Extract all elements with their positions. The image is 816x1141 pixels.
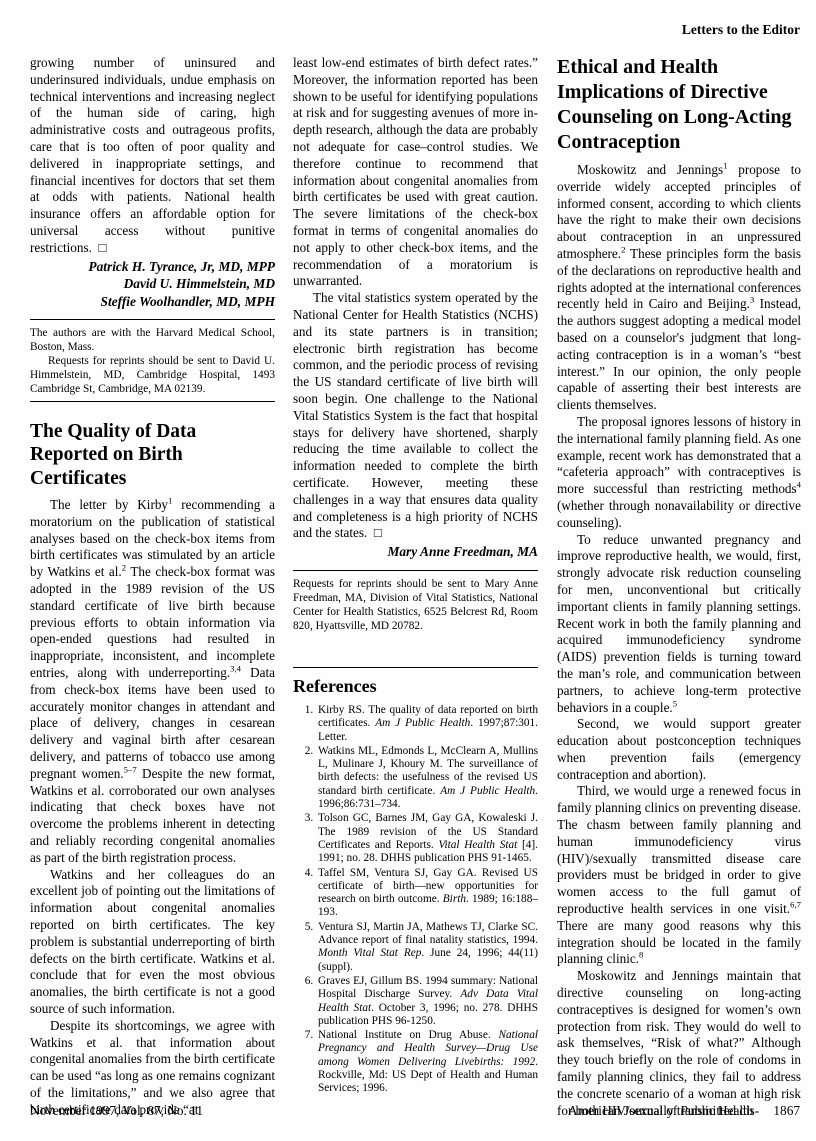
page-footer: November 1997, Vol. 87, No. 11 American … — [30, 1103, 800, 1119]
column-left: growing number of uninsured and underins… — [30, 55, 275, 1119]
column-right: Ethical and Health Implications of Direc… — [557, 55, 801, 1119]
letter3-paragraph: Third, we would urge a renewed focus in … — [557, 783, 801, 968]
column-center: least low-end estimates of birth defect … — [293, 55, 538, 1097]
signature-line: David U. Himmelstein, MD — [30, 275, 275, 293]
letter2-paragraph: Watkins and her colleagues do an excelle… — [30, 867, 275, 1018]
running-head: Letters to the Editor — [682, 22, 800, 38]
footer-issue-info: November 1997, Vol. 87, No. 11 — [30, 1103, 203, 1119]
letter2-signature-block: Mary Anne Freedman, MA — [293, 543, 538, 561]
reference-item: Ventura SJ, Martin JA, Mathews TJ, Clark… — [316, 921, 538, 974]
reference-item: Graves EJ, Gillum BS. 1994 summary: Nati… — [316, 975, 538, 1028]
journal-page: Letters to the Editor growing number of … — [0, 0, 816, 1141]
letter2-continuation-paragraph: least low-end estimates of birth defect … — [293, 55, 538, 290]
signature-line: Steffie Woolhandler, MD, MPH — [30, 293, 275, 311]
letter3-paragraph: Moskowitz and Jennings1 propose to overr… — [557, 162, 801, 414]
letter2-footnote: Requests for reprints should be sent to … — [293, 577, 538, 633]
letter2-paragraph: The vital statistics system operated by … — [293, 290, 538, 542]
column-gap — [293, 633, 538, 663]
references-title: References — [293, 676, 538, 697]
letter3-paragraph: The proposal ignores lessons of history … — [557, 414, 801, 532]
letter1-affiliation-note: The authors are with the Harvard Medical… — [30, 326, 275, 354]
letter3-paragraph: Moskowitz and Jennings maintain that dir… — [557, 968, 801, 1119]
reference-item: National Institute on Drug Abuse. Nation… — [316, 1029, 538, 1095]
letter1-signature-block: Patrick H. Tyrance, Jr, MD, MPP David U.… — [30, 258, 275, 311]
reference-item: Kirby RS. The quality of data reported o… — [316, 704, 538, 744]
letter1-reprint-note: Requests for reprints should be sent to … — [30, 354, 275, 396]
footer-journal-name: American Journal of Public Health — [568, 1103, 753, 1119]
letter2-reprint-note: Requests for reprints should be sent to … — [293, 577, 538, 633]
divider-rule — [30, 401, 275, 402]
letter1-footnote: The authors are with the Harvard Medical… — [30, 326, 275, 396]
reference-item: Taffel SM, Ventura SJ, Gay GA. Revised U… — [316, 867, 538, 920]
letter1-continuation-paragraph: growing number of uninsured and underins… — [30, 55, 275, 257]
footer-right-group: American Journal of Public Health 1867 — [568, 1103, 800, 1119]
signature-line: Patrick H. Tyrance, Jr, MD, MPP — [30, 258, 275, 276]
divider-rule — [293, 570, 538, 571]
divider-rule — [30, 319, 275, 320]
footer-page-number: 1867 — [773, 1103, 800, 1119]
letter2-paragraph: The letter by Kirby1 recommending a mora… — [30, 497, 275, 867]
signature-line: Mary Anne Freedman, MA — [293, 543, 538, 561]
letter3-paragraph: Second, we would support greater educati… — [557, 716, 801, 783]
references-list: Kirby RS. The quality of data reported o… — [293, 704, 538, 1096]
letter3-title: Ethical and Health Implications of Direc… — [557, 55, 801, 155]
reference-item: Watkins ML, Edmonds L, McClearn A, Mulli… — [316, 745, 538, 811]
divider-rule — [293, 667, 538, 668]
letter2-title: The Quality of Data Reported on Birth Ce… — [30, 420, 275, 491]
reference-item: Tolson GC, Barnes JM, Gay GA, Kowaleski … — [316, 812, 538, 865]
letter3-paragraph: To reduce unwanted pregnancy and improve… — [557, 532, 801, 717]
